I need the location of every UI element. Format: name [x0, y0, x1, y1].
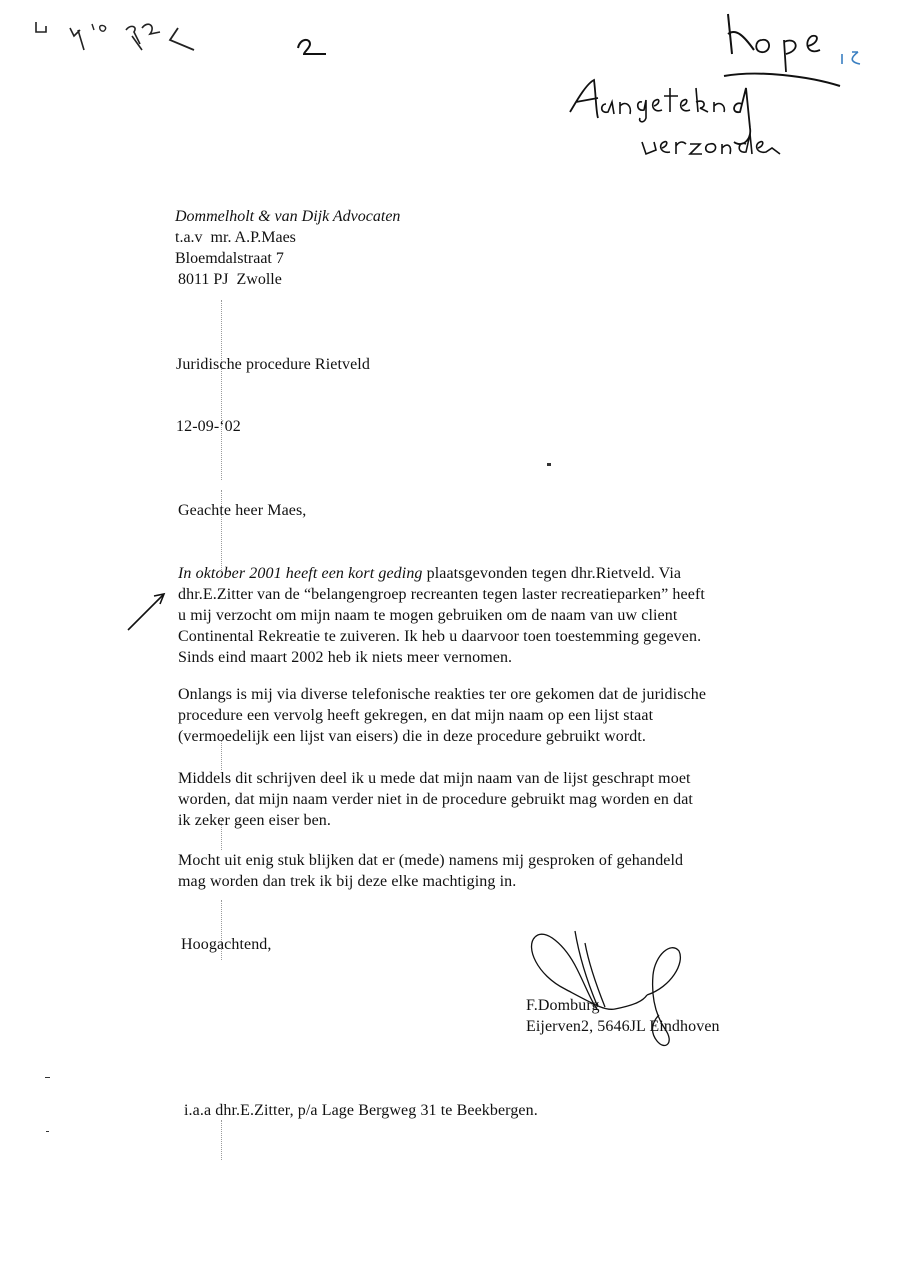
- paragraph-line: u mij verzocht om mijn naam te mogen geb…: [178, 605, 818, 626]
- scan-guide-line: [221, 300, 222, 480]
- page-number-handwritten: 2: [294, 36, 334, 58]
- subject-line: Juridische procedure Rietveld: [176, 354, 370, 375]
- body-paragraph-2: Onlangs is mij via diverse telefonische …: [178, 684, 818, 747]
- closing: Hoogachtend,: [181, 934, 272, 955]
- paragraph-line: Onlangs is mij via diverse telefonische …: [178, 684, 818, 705]
- body-paragraph-3: Middels dit schrijven deel ik u mede dat…: [178, 768, 818, 831]
- paragraph-line: In oktober 2001 heeft een kort geding pl…: [178, 563, 818, 584]
- scan-speck: [547, 463, 551, 466]
- paragraph-line: procedure een vervolg heeft gekregen, en…: [178, 705, 818, 726]
- paragraph-line: ik zeker geen eiser ben.: [178, 810, 818, 831]
- sender-address: Eijerven2, 5646JL Eindhoven: [526, 1016, 720, 1037]
- paragraph-line: Mocht uit enig stuk blijken dat er (mede…: [178, 850, 818, 871]
- salutation: Geachte heer Maes,: [178, 500, 306, 521]
- sender-name: F.Domburg: [526, 995, 600, 1016]
- letter-date: 12-09-‘02: [176, 416, 241, 437]
- paragraph-line: Middels dit schrijven deel ik u mede dat…: [178, 768, 818, 789]
- scan-guide-line: [221, 1120, 222, 1160]
- body-paragraph-4: Mocht uit enig stuk blijken dat er (mede…: [178, 850, 818, 892]
- paragraph-line: Continental Rekreatie te zuiveren. Ik he…: [178, 626, 818, 647]
- recipient-firm: Dommelholt & van Dijk Advocaten: [175, 206, 400, 227]
- handwritten-stamp-aangetekend-verzonden: Aangetekend verzonden: [566, 78, 796, 168]
- body-paragraph-1: In oktober 2001 heeft een kort geding pl…: [178, 563, 818, 668]
- paragraph-line: dhr.E.Zitter van de “belangengroep recre…: [178, 584, 818, 605]
- recipient-attention: t.a.v mr. A.P.Maes: [175, 227, 400, 248]
- recipient-address: Dommelholt & van Dijk Advocaten t.a.v mr…: [175, 206, 400, 290]
- paragraph-line: worden, dat mijn naam verder niet in de …: [178, 789, 818, 810]
- paragraph-line: mag worden dan trek ik bij deze elke mac…: [178, 871, 818, 892]
- paragraph-line: Sinds eind maart 2002 heb ik niets meer …: [178, 647, 818, 668]
- recipient-city: 8011 PJ Zwolle: [175, 269, 400, 290]
- handwritten-scribble-top-left: Bijlage 2: [30, 14, 200, 54]
- scan-speck: [45, 1077, 50, 1078]
- paragraph-line: (vermoedelijk een lijst van eisers) die …: [178, 726, 818, 747]
- scan-speck: [46, 1131, 49, 1132]
- cc-text: i.a.a dhr.E.Zitter, p/a Lage Bergweg 31 …: [184, 1102, 538, 1119]
- margin-arrow-icon: [124, 590, 168, 634]
- recipient-street: Bloemdalstraat 7: [175, 248, 400, 269]
- cc-line: i.a.a dhr.E.Zitter, p/a Lage Bergweg 31 …: [184, 1100, 538, 1121]
